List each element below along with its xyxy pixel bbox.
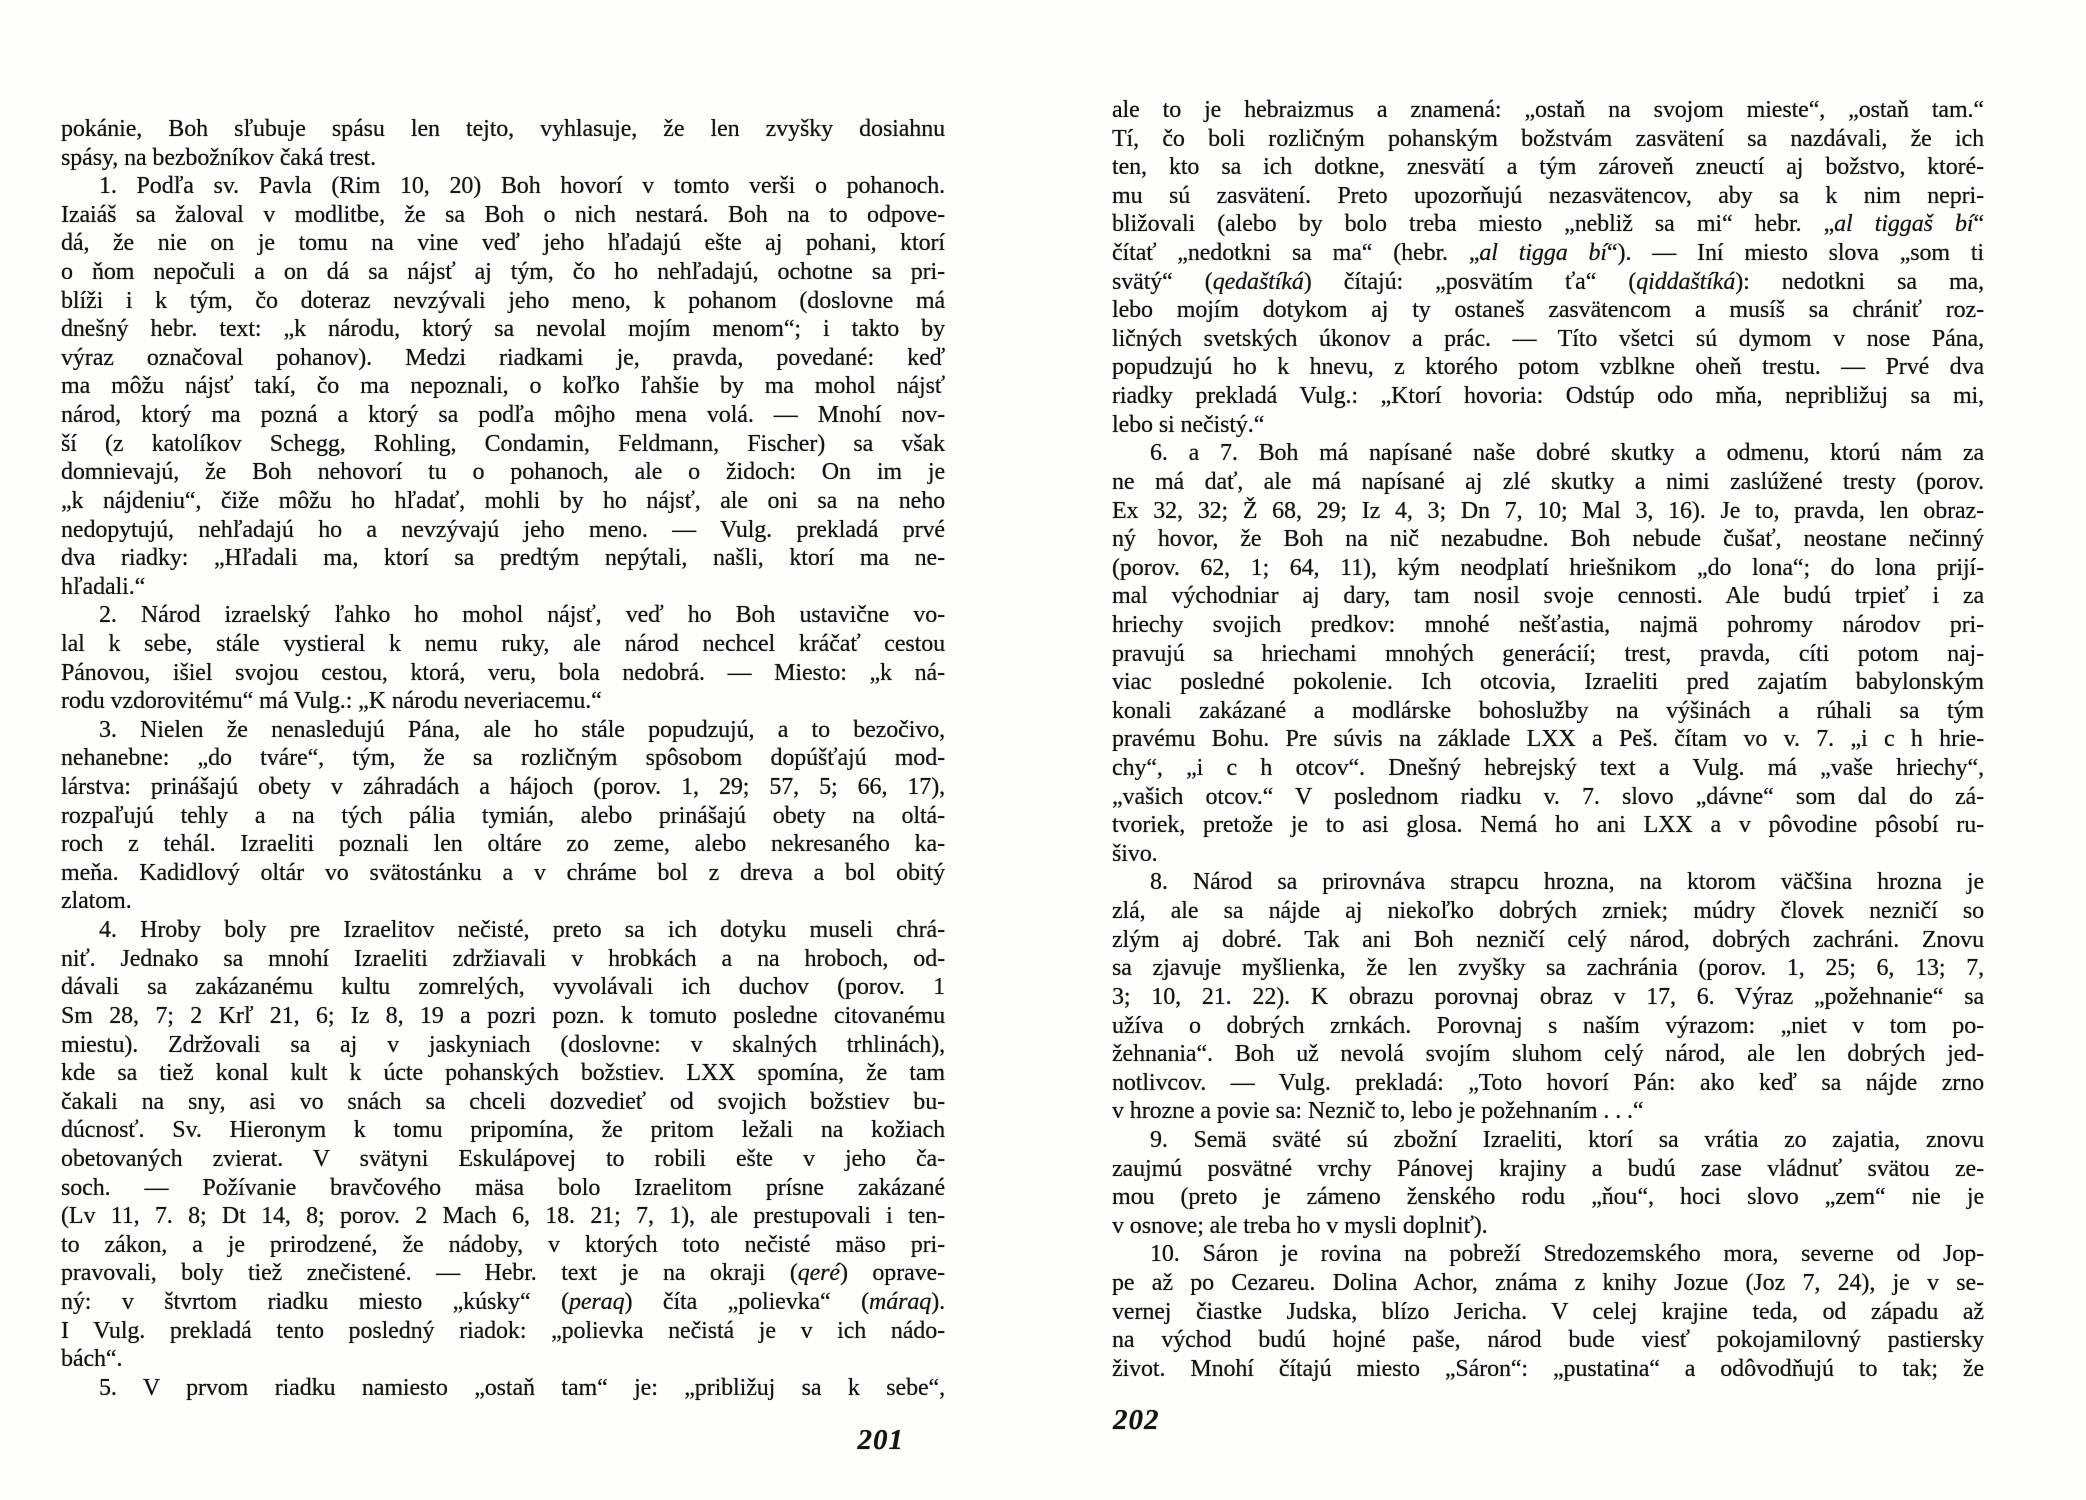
text-line: ličných svetských úkonov a prác. — Títo …: [1112, 325, 1984, 354]
text-line: 6. a 7. Boh má napísané naše dobré skutk…: [1112, 439, 1984, 468]
text-line: ný: v štvrtom riadku miesto „kúsky“ (per…: [61, 1288, 945, 1317]
text-line: riadky prekladá Vulg.: „Ktorí hovoria: O…: [1112, 382, 1984, 411]
text-line: obetovaných zvierat. V svätyni Eskulápov…: [61, 1145, 945, 1174]
text-line: 10. Sáron je rovina na pobreží Stredozem…: [1112, 1240, 1984, 1269]
text-line: I Vulg. prekladá tento posledný riadok: …: [61, 1317, 945, 1346]
text-line: „k nájdeniu“, čiže môžu ho hľadať, mohli…: [61, 487, 945, 516]
text-line: (porov. 62, 1; 64, 11), kým neodplatí hr…: [1112, 554, 1984, 583]
text-line: hriechy svojich predkov: mnohé nešťastia…: [1112, 611, 1984, 640]
text-line: „vašich otcov.“ V poslednom riadku v. 7.…: [1112, 783, 1984, 812]
text-line: hľadali.“: [61, 573, 945, 602]
text-line: 3. Nielen že nenasledujú Pána, ale ho st…: [61, 716, 945, 745]
text-line: Izaiáš sa žaloval v modlitbe, že sa Boh …: [61, 201, 945, 230]
text-line: dá, že nie on je tomu na vine veď jeho h…: [61, 229, 945, 258]
text-line: rodu vzdorovitému“ má Vulg.: „K národu n…: [61, 687, 945, 716]
text-line: zlatom.: [61, 887, 945, 916]
text-line: ný hovor, že Boh na nič nezabudne. Boh n…: [1112, 525, 1984, 554]
text-line: lárstva: prinášajú obety v záhradách a h…: [61, 773, 945, 802]
text-line: v hrozne a povie sa: Neznič to, lebo je …: [1112, 1097, 1984, 1126]
text-line: meňa. Kadidlový oltár vo svätostánku a v…: [61, 859, 945, 888]
text-line: chy“, „i c h otcov“. Dnešný hebrejský te…: [1112, 754, 1984, 783]
text-line: soch. — Požívanie bravčového mäsa bolo I…: [61, 1174, 945, 1203]
text-line: svätý“ (qedaštíká) čítajú: „posvätím ťa“…: [1112, 268, 1984, 297]
text-line: miestu). Zdržovali sa aj v jaskyniach (d…: [61, 1031, 945, 1060]
text-line: viac posledné pokolenie. Ich otcovia, Iz…: [1112, 668, 1984, 697]
text-line: lebo si nečistý.“: [1112, 411, 1984, 440]
text-line: dva riadky: „Hľadali ma, ktorí sa predtý…: [61, 544, 945, 573]
text-line: popudzujú ho k hnevu, z ktorého potom vz…: [1112, 353, 1984, 382]
text-line: bách“.: [61, 1345, 945, 1374]
page-number-201: 201: [61, 1424, 904, 1457]
text-line: blíži i k tým, čo doteraz nevzývali jeho…: [61, 287, 945, 316]
text-line: (Lv 11, 7. 8; Dt 14, 8; porov. 2 Mach 6,…: [61, 1202, 945, 1231]
text-line: život. Mnohí čítajú miesto „Sáron“: „pus…: [1112, 1355, 1984, 1384]
page-201-text-column: pokánie, Boh sľubuje spásu len tejto, vy…: [61, 115, 945, 1402]
text-line: šivo.: [1112, 840, 1984, 869]
text-line: nedopytujú, nehľadajú ho a nevzývajú jeh…: [61, 516, 945, 545]
text-line: ale to je hebraizmus a znamená: „ostaň n…: [1112, 96, 1984, 125]
text-line: pravujú sa hriechami mnohých generácií; …: [1112, 640, 1984, 669]
text-line: spásy, na bezbožníkov čaká trest.: [61, 144, 945, 173]
text-line: zaujmú posvätné vrchy Pánovej krajiny a …: [1112, 1155, 1984, 1184]
text-line: roch z tehál. Izraeliti poznali len oltá…: [61, 830, 945, 859]
text-line: Tí, čo boli rozličným pohanským božstvám…: [1112, 125, 1984, 154]
text-line: 5. V prvom riadku namiesto „ostaň tam“ j…: [61, 1374, 945, 1403]
text-line: užíva o dobrých zrnkách. Porovnaj s naší…: [1112, 1012, 1984, 1041]
text-line: zlým aj dobré. Tak ani Boh nezničí celý …: [1112, 926, 1984, 955]
text-line: o ňom nepočuli a on dá sa nájsť aj tým, …: [61, 258, 945, 287]
text-line: pravému Bohu. Pre súvis na základe LXX a…: [1112, 725, 1984, 754]
text-line: pe až po Cezareu. Dolina Achor, známa z …: [1112, 1269, 1984, 1298]
text-line: ší (z katolíkov Schegg, Rohling, Condami…: [61, 430, 945, 459]
text-line: ne má dať, ale má napísané aj zlé skutky…: [1112, 468, 1984, 497]
text-line: 3; 10, 21. 22). K obrazu porovnaj obraz …: [1112, 983, 1984, 1012]
text-line: notlivcov. — Vulg. prekladá: „Toto hovor…: [1112, 1069, 1984, 1098]
text-line: dnešný hebr. text: „k národu, ktorý sa n…: [61, 315, 945, 344]
text-line: ten, kto sa ich dotkne, znesvätí a tým z…: [1112, 153, 1984, 182]
text-line: 2. Národ izraelský ľahko ho mohol nájsť,…: [61, 601, 945, 630]
text-line: v osnove; ale treba ho v mysli doplniť).: [1112, 1212, 1984, 1241]
text-line: kde sa tiež konal kult k úcte pohanských…: [61, 1059, 945, 1088]
text-line: Ex 32, 32; Ž 68, 29; Iz 4, 3; Dn 7, 10; …: [1112, 497, 1984, 526]
text-line: pravovali, boly tiež znečistené. — Hebr.…: [61, 1259, 945, 1288]
text-line: čakali na sny, asi vo snách sa chceli do…: [61, 1088, 945, 1117]
text-line: sa zjavuje myšlienka, že len zvyšky sa z…: [1112, 954, 1984, 983]
text-line: domnievajú, že Boh nehovorí tu o pohanoc…: [61, 458, 945, 487]
text-line: pokánie, Boh sľubuje spásu len tejto, vy…: [61, 115, 945, 144]
text-line: mou (preto je zámeno ženského rodu „ňou“…: [1112, 1183, 1984, 1212]
text-line: Sm 28, 7; 2 Krľ 21, 6; Iz 8, 19 a pozri …: [61, 1002, 945, 1031]
text-line: lal k sebe, stále vystieral k nemu ruky,…: [61, 630, 945, 659]
text-line: 8. Národ sa prirovnáva strapcu hrozna, n…: [1112, 868, 1984, 897]
text-line: bližovali (alebo by bolo treba miesto „n…: [1112, 210, 1984, 239]
text-line: rozpaľujú tehly a na tých pália tymián, …: [61, 802, 945, 831]
text-line: mal východniar aj dary, tam nosil svoje …: [1112, 582, 1984, 611]
text-line: žehnania“. Boh už nevolá svojím sluhom c…: [1112, 1040, 1984, 1069]
text-line: 9. Semä sväté sú zbožní Izraeliti, ktorí…: [1112, 1126, 1984, 1155]
text-line: čítať „nedotkni sa ma“ (hebr. „al tigga …: [1112, 239, 1984, 268]
text-line: to zákon, a je prirodzené, že nádoby, v …: [61, 1231, 945, 1260]
text-line: niť. Jednako sa mnohí Izraeliti zdržiava…: [61, 945, 945, 974]
text-line: Pánovou, išiel svojou cestou, ktorá, ver…: [61, 659, 945, 688]
text-line: 4. Hroby boly pre Izraelitov nečisté, pr…: [61, 916, 945, 945]
text-line: národ, ktorý ma pozná a ktorý sa podľa m…: [61, 401, 945, 430]
text-line: konali zakázané a modlárske bohoslužby n…: [1112, 697, 1984, 726]
text-line: ma môžu nájsť takí, čo ma nepoznali, o k…: [61, 372, 945, 401]
page-number-202: 202: [1113, 1404, 1160, 1437]
text-line: na východ budú hojné paše, národ bude vi…: [1112, 1326, 1984, 1355]
text-line: vernej čiastke Judska, blízo Jericha. V …: [1112, 1298, 1984, 1327]
text-line: nehanebne: „do tváre“, tým, že sa rozlič…: [61, 744, 945, 773]
text-line: zlá, ale sa nájde aj niekoľko dobrých zr…: [1112, 897, 1984, 926]
text-line: dúcnosť. Sv. Hieronym k tomu pripomína, …: [61, 1116, 945, 1145]
text-line: mu sú zasvätení. Preto upozorňujú nezasv…: [1112, 182, 1984, 211]
text-line: dávali sa zakázanému kultu zomrelých, vy…: [61, 973, 945, 1002]
text-line: výraz označoval pohanov). Medzi riadkami…: [61, 344, 945, 373]
page-202-text-column: ale to je hebraizmus a znamená: „ostaň n…: [1112, 96, 1984, 1383]
text-line: 1. Podľa sv. Pavla (Rim 10, 20) Boh hovo…: [61, 172, 945, 201]
text-line: tvoriek, pretože je to asi glosa. Nemá h…: [1112, 811, 1984, 840]
text-line: lebo mojím dotykom aj ty ostaneš zasväte…: [1112, 296, 1984, 325]
